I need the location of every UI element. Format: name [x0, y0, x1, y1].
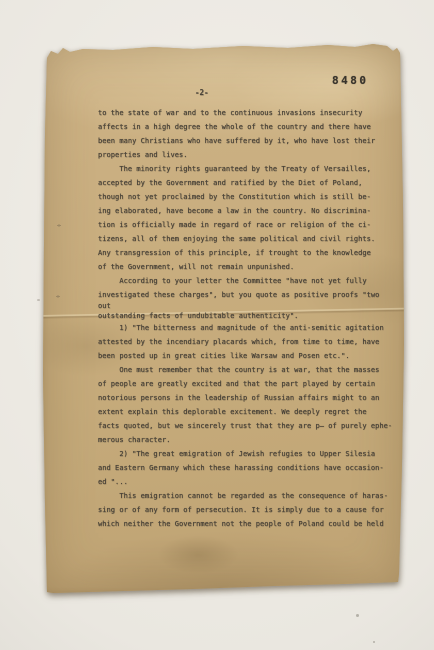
text-line: out	[98, 302, 398, 312]
text-line: to the state of war and to the continuou…	[98, 106, 398, 120]
text-line: notorious persons in the leadership of R…	[98, 391, 398, 405]
page-number: -2-	[195, 88, 209, 97]
ink-smudge	[56, 295, 60, 298]
text-line: 2) "The great emigration of Jewish refug…	[98, 447, 398, 461]
photo-backdrop: 8480 -2- to the state of war and to the …	[0, 0, 434, 650]
text-line: affects in a high degree the whole of th…	[98, 120, 398, 134]
text-line: Any transgression of this principle, if …	[98, 246, 398, 260]
text-line: attested by the incendiary placards whic…	[98, 335, 398, 349]
text-line: ing elaborated, have become a law in the…	[98, 204, 398, 218]
text-line: tion is officially made in regard of rac…	[98, 218, 398, 232]
text-line: properties and lives.	[98, 148, 398, 162]
text-line: though not yet proclaimed by the Constit…	[98, 190, 398, 204]
text-line: investigated these charges", but you quo…	[98, 288, 398, 302]
text-line: tizens, all of them enjoying the same po…	[98, 232, 398, 246]
text-line: sing or of any form of persecution. It i…	[98, 503, 398, 517]
dust-speck	[37, 299, 40, 301]
dust-speck	[373, 641, 375, 643]
dust-speck	[356, 614, 359, 617]
text-line: This emigration cannot be regarded as th…	[98, 489, 398, 503]
text-line: ed "...	[98, 475, 398, 489]
text-line: One must remember that the country is at…	[98, 363, 398, 377]
text-line: which neither the Government not the peo…	[98, 517, 398, 531]
text-line: According to your letter the Committee "…	[98, 274, 398, 288]
text-line: of people are greatly excited and that t…	[98, 377, 398, 391]
typewritten-text: to the state of war and to the continuou…	[98, 106, 398, 531]
text-line: outstanding facts of undubitable authent…	[98, 312, 398, 322]
text-line: merous character.	[98, 433, 398, 447]
ink-smudge	[57, 224, 61, 227]
text-line: been posted up in great cities like Wars…	[98, 349, 398, 363]
text-line: been many Christians who have suffered b…	[98, 134, 398, 148]
text-line: The minority rights guaranteed by the Tr…	[98, 162, 398, 176]
text-line: accepted by the Government and ratified …	[98, 176, 398, 190]
text-line: extent explain this deplorable excitemen…	[98, 405, 398, 419]
text-line: of the Government, will not remain unpun…	[98, 260, 398, 274]
text-line: 1) "The bitterness and magnitude of the …	[98, 321, 398, 335]
paper-shadow-wrap: 8480 -2- to the state of war and to the …	[43, 44, 404, 593]
document-page: 8480 -2- to the state of war and to the …	[43, 44, 404, 593]
text-line: and Eastern Germany which these harassin…	[98, 461, 398, 475]
archive-stamp-number: 8480	[332, 74, 369, 87]
text-line: facts quoted, but we sincerely trust tha…	[98, 419, 398, 433]
